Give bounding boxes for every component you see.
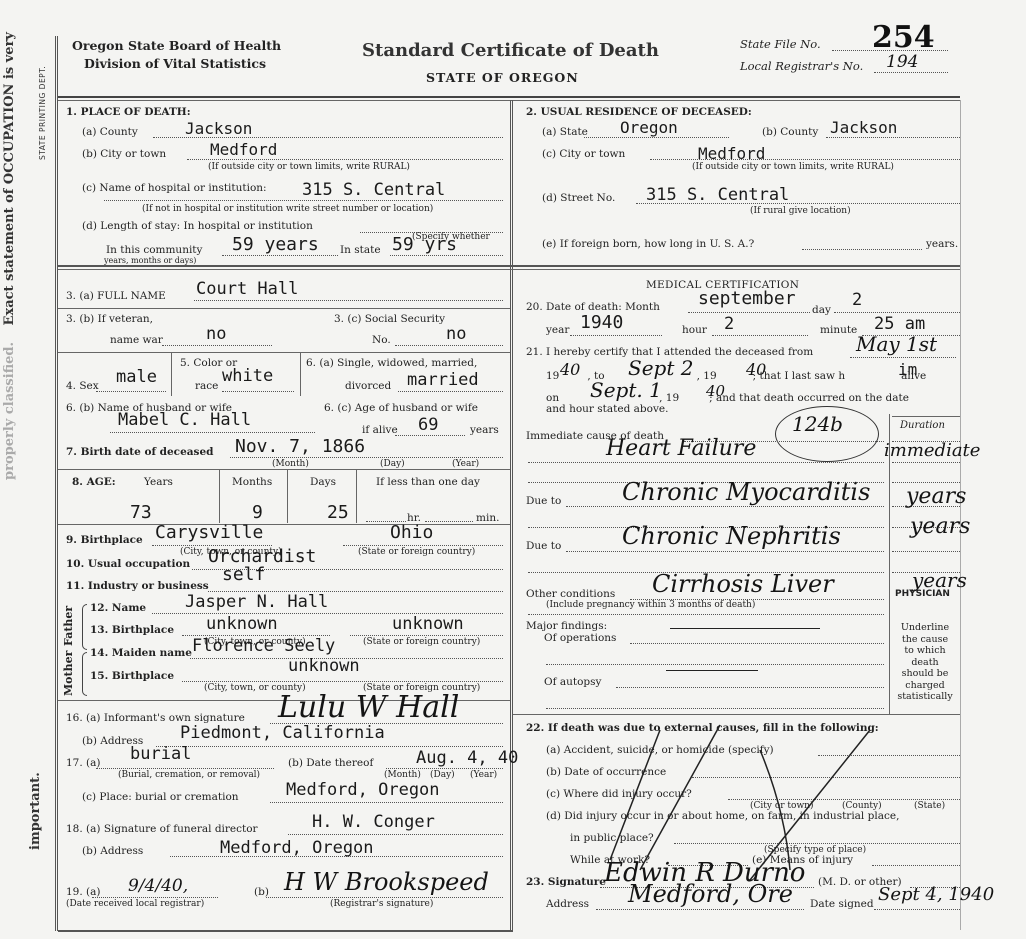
death-day-field[interactable]: 2 [852,290,862,310]
father-birthplace-label: 13. Birthplace [90,624,174,636]
registrar-sig-hint: (Registrar's signature) [330,899,433,909]
date-signed-field[interactable]: Sept 4, 1940 [878,884,994,905]
funeral-address-field[interactable]: Medford, Oregon [220,838,374,858]
birthplace-city-field[interactable]: Carysville [155,522,263,543]
physician-address-label: Address [546,898,589,910]
death-minute-field[interactable]: 25 am [874,314,925,334]
residence-heading: 2. USUAL RESIDENCE OF DECEASED: [526,106,752,118]
other-conditions-field[interactable]: Cirrhosis Liver [652,570,834,598]
autopsy-label: Of autopsy [544,676,601,688]
agency-line-2: Division of Vital Statistics [84,56,266,71]
industry-field[interactable]: self [222,564,265,585]
death-year-field[interactable]: 1940 [580,312,623,333]
him-field[interactable]: im [898,360,917,379]
burial-year-hint: (Year) [470,770,497,780]
last-seen-year-field[interactable]: 40 [706,382,725,400]
specify-hint-2: years, months or days) [104,256,196,265]
hour-stated-label: and hour stated above. [546,403,668,415]
major-findings-label: Major findings: [526,620,607,632]
father-state-hint: (State or foreign country) [363,637,480,647]
stamp-code: 124b [792,412,843,436]
due-to-cause-2-field[interactable]: Chronic Nephritis [622,522,841,550]
due-to-label-1: Due to [526,495,561,507]
death-county-field[interactable]: Jackson [185,119,252,138]
death-hour-label: hour [682,324,707,336]
death-day-label: day [812,304,831,316]
res-county-label: (b) County [762,126,818,138]
age-months-field[interactable]: 9 [252,502,263,523]
race-field[interactable]: white [222,366,273,386]
mother-side-label: Mother [62,651,75,696]
spouse-age-field[interactable]: 69 [418,415,438,435]
burial-place-label: (c) Place: burial or cremation [82,791,239,803]
sex-field[interactable]: male [116,367,157,387]
social-security-field[interactable]: no [446,324,466,344]
mother-name-label: 14. Maiden name [90,647,192,659]
city-label: (b) City or town [82,148,166,160]
birthplace-state-field[interactable]: Ohio [390,522,433,543]
marital-status-field[interactable]: married [407,370,479,390]
community-label: In this community [106,244,202,256]
res-city-field[interactable]: Medford [698,144,765,163]
agency-line-1: Oregon State Board of Health [72,38,281,53]
burial-date-label: (b) Date thereof [288,757,373,769]
birthplace-state-hint: (State or foreign country) [358,547,475,557]
birth-month-hint: (Month) [272,459,309,469]
burial-date-field[interactable]: Aug. 4, 40 [416,748,518,768]
full-name-field[interactable]: Court Hall [196,279,298,299]
full-name-label: 3. (a) FULL NAME [66,290,166,302]
age-months-label: Months [232,476,272,488]
county-label: (a) County [82,126,138,138]
attended-from-field[interactable]: May 1st [856,332,937,356]
birth-date-label: 7. Birth date of deceased [66,446,214,458]
res-street-hint: (If rural give location) [750,206,851,216]
side-note-important: important. [28,772,43,850]
veteran-label: 3. (b) If veteran, [66,313,153,325]
specify-hint: (Specify whether [412,232,490,242]
funeral-address-label: (b) Address [82,845,143,857]
due-to-cause-1-field[interactable]: Chronic Myocarditis [622,478,870,506]
other-conditions-label: Other conditions [526,588,615,600]
in-state-label: In state [340,244,381,256]
hospital-hint: (If not in hospital or institution write… [142,204,433,214]
injury-state-hint: (State) [914,801,945,811]
veteran-war-field[interactable]: no [206,324,226,344]
burial-type-hint: (Burial, cremation, or removal) [118,770,260,780]
res-street-field[interactable]: 315 S. Central [646,185,789,205]
certificate-subtitle: STATE OF OREGON [426,70,579,85]
community-stay-field[interactable]: 59 years [232,234,319,255]
ss-no-label: No. [372,334,391,346]
hospital-field[interactable]: 315 S. Central [302,180,445,200]
age-years-field[interactable]: 73 [130,502,152,523]
sex-label: 4. Sex [66,380,99,392]
burial-place-field[interactable]: Medford, Oregon [286,780,440,800]
age-label: 8. AGE: [72,476,116,488]
physician-label: PHYSICIAN [895,589,950,599]
date-received-hint: (Date received local registrar) [66,899,204,909]
local-reg-label: Local Registrar's No. [740,59,863,73]
foreign-born-label: (e) If foreign born, how long in U. S. A… [542,238,754,250]
funeral-director-field[interactable]: H. W. Conger [312,812,435,832]
local-reg-number: 194 [886,52,918,72]
place-of-death-heading: 1. PLACE OF DEATH: [66,106,191,118]
death-year-label: year [546,324,569,336]
informant-signature[interactable]: Lulu W Hall [278,690,459,725]
res-street-label: (d) Street No. [542,192,615,204]
physician-signature-label: 23. Signature [526,876,606,888]
age-days-field[interactable]: 25 [327,502,349,523]
father-name-label: 12. Name [90,602,146,614]
hospital-label: (c) Name of hospital or institution: [82,182,267,194]
immediate-cause-field[interactable]: Heart Failure [606,436,756,461]
burial-month-hint: (Month) [384,770,421,780]
spouse-name-field[interactable]: Mabel C. Hall [118,410,251,430]
funeral-director-label: 18. (a) Signature of funeral director [66,823,258,835]
burial-day-hint: (Day) [430,770,455,780]
mother-birthplace-field[interactable]: unknown [288,656,360,676]
duration-label: Duration [900,420,945,431]
to-year-field[interactable]: 40 [746,360,766,379]
marital-label: 6. (a) Single, widowed, married, [306,357,477,369]
father-side-label: Father [62,606,75,646]
birth-date-field[interactable]: Nov. 7, 1866 [235,436,365,457]
from-year-field[interactable]: 40 [560,360,580,379]
due-to-duration-1-field[interactable]: years [906,484,966,509]
father-birthplace-city-field[interactable]: unknown [206,614,278,634]
spouse-age-label: 6. (c) Age of husband or wife [324,402,478,414]
age-less-label: If less than one day [376,476,480,488]
age-days-label: Days [310,476,336,488]
state-file-label: State File No. [740,37,821,51]
printer-mark: STATE PRINTING DEPT. [38,66,47,160]
burial-type-field[interactable]: burial [130,744,191,764]
due-to-label-2: Due to [526,540,561,552]
spouse-years-label: years [470,424,499,436]
mother-name-field[interactable]: Florence Seely [192,636,335,656]
res-state-field[interactable]: Oregon [620,118,678,137]
date-signed-label: Date signed [810,898,874,910]
cancel-strokes [600,720,900,880]
divorced-label: divorced [345,380,391,392]
res-city-label: (c) City or town [542,148,625,160]
res-county-field[interactable]: Jackson [830,118,897,137]
mother-birthplace-label: 15. Birthplace [90,670,174,682]
min-label: min. [476,512,499,524]
ss-label: 3. (c) Social Security [334,313,445,325]
state-file-number: 254 [872,20,935,55]
occupation-label: 10. Usual occupation [66,558,190,570]
underline-note: Underline the cause to which death shoul… [891,622,959,703]
registrar-signature[interactable]: H W Brookspeed [284,868,489,896]
age-years-label: Years [144,476,173,488]
industry-label: 11. Industry or business [66,580,209,592]
birthplace-label: 9. Birthplace [66,534,143,546]
last-seen-field[interactable]: Sept. 1 [590,378,662,402]
informant-address-field[interactable]: Piedmont, California [180,723,385,743]
stay-label: (d) Length of stay: In hospital or insti… [82,220,313,232]
immediate-duration-field[interactable]: immediate [884,440,980,461]
operations-label: Of operations [544,632,616,644]
death-month-field[interactable]: september [698,288,796,309]
father-name-field[interactable]: Jasper N. Hall [185,592,328,612]
due-to-duration-2-field[interactable]: years [910,514,970,539]
race-label: race [195,380,218,392]
death-hour-field[interactable]: 2 [724,314,734,334]
birth-day-hint: (Day) [380,459,405,469]
res-state-label: (a) State [542,126,588,138]
birth-year-hint: (Year) [452,459,479,469]
city-hint: (If outside city or town limits, write R… [208,162,410,172]
side-note-occupation: properly classified. Exact statement of … [2,20,36,480]
father-birthplace-state-field[interactable]: unknown [392,614,464,634]
res-city-hint: (If outside city or town limits, write R… [692,162,894,172]
foreign-years-label: years. [926,238,958,250]
war-label: name war [110,334,163,346]
other-conditions-hint: (Include pregnancy within 3 months of de… [546,600,755,610]
if-alive-label: if alive [362,424,398,436]
death-minute-label: minute [820,324,857,336]
physician-address-field[interactable]: Medford, Ore [628,880,793,908]
left-border [55,36,58,931]
certificate-title: Standard Certificate of Death [362,40,659,61]
date-received-field[interactable]: 9/4/40, [128,876,188,896]
attended-to-field[interactable]: Sept 2 [628,356,693,380]
death-city-field[interactable]: Medford [210,140,277,159]
